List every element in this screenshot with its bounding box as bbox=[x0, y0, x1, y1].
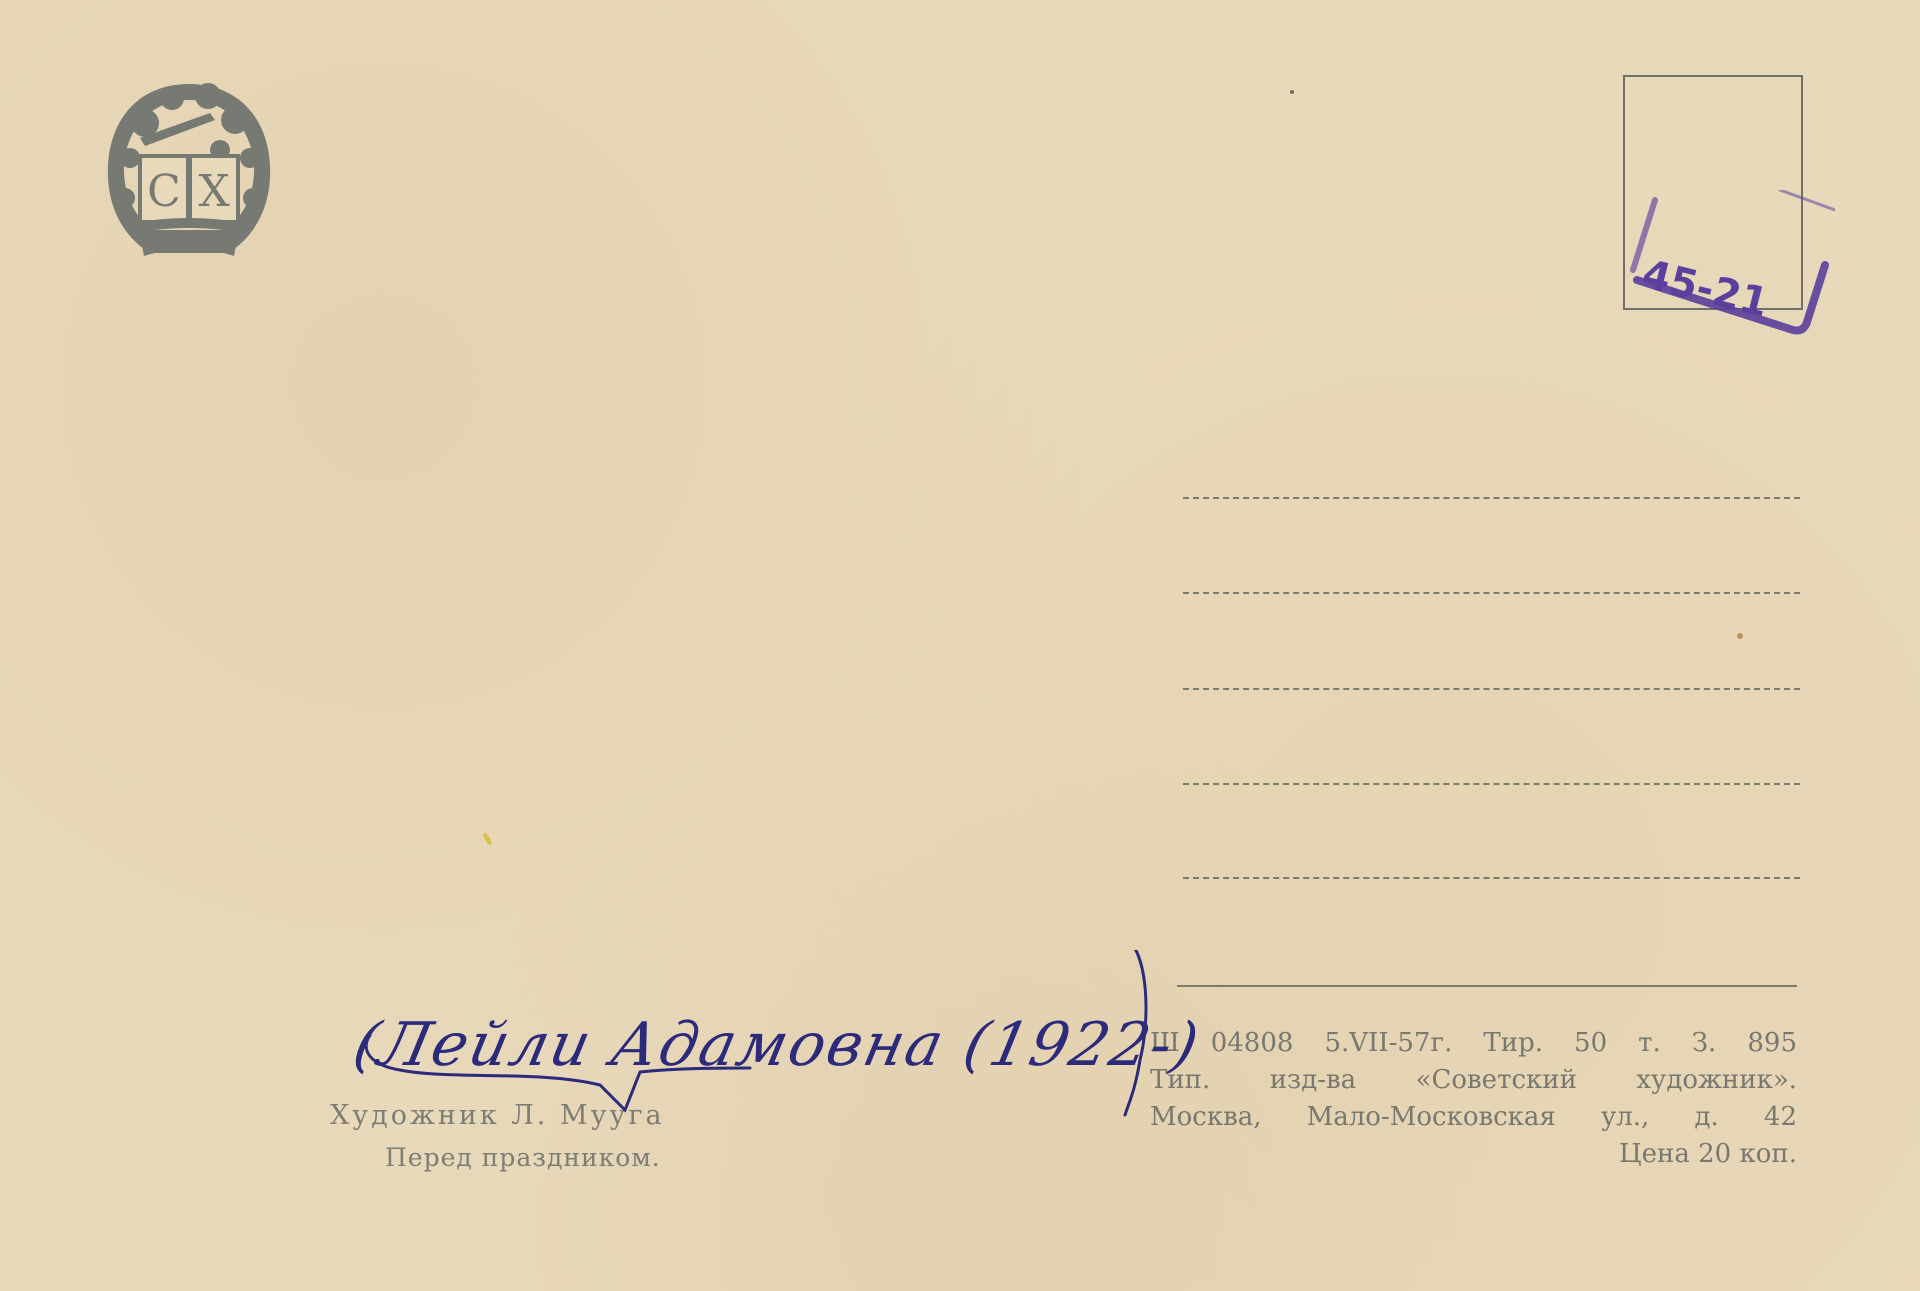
handwritten-note: (Лейли Адамовна (1922-) bbox=[348, 1010, 1207, 1080]
svg-text:С: С bbox=[147, 166, 181, 217]
sh-emblem-icon: С Х bbox=[100, 78, 278, 266]
artwork-title: Перед праздником. bbox=[385, 1143, 800, 1172]
imprint-line-2: Тип. изд-ва «Советский художник». bbox=[1150, 1062, 1797, 1099]
artwork-caption: Художник Л. Мууга Перед праздником. bbox=[330, 1100, 800, 1172]
imprint-line-1: Ш 04808 5.VII-57г. Тир. 50 т. З. 895 bbox=[1150, 1025, 1797, 1062]
address-line-solid bbox=[1177, 985, 1797, 987]
paper-mark bbox=[1737, 633, 1743, 639]
address-line-1 bbox=[1183, 497, 1800, 499]
address-line-3 bbox=[1183, 688, 1800, 690]
imprint-line-3: Москва, Мало-Московская ул., д. 42 bbox=[1150, 1099, 1797, 1136]
address-line-5 bbox=[1183, 877, 1800, 879]
stamp-box bbox=[1623, 75, 1803, 310]
imprint-price: Цена 20 коп. bbox=[1150, 1136, 1797, 1173]
artist-credit: Художник Л. Мууга bbox=[330, 1100, 800, 1131]
address-line-2 bbox=[1183, 592, 1800, 594]
publisher-imprint: Ш 04808 5.VII-57г. Тир. 50 т. З. 895 Тип… bbox=[1150, 1025, 1797, 1173]
svg-text:Х: Х bbox=[198, 166, 230, 217]
address-line-4 bbox=[1183, 783, 1800, 785]
paper-mark bbox=[1290, 90, 1294, 94]
